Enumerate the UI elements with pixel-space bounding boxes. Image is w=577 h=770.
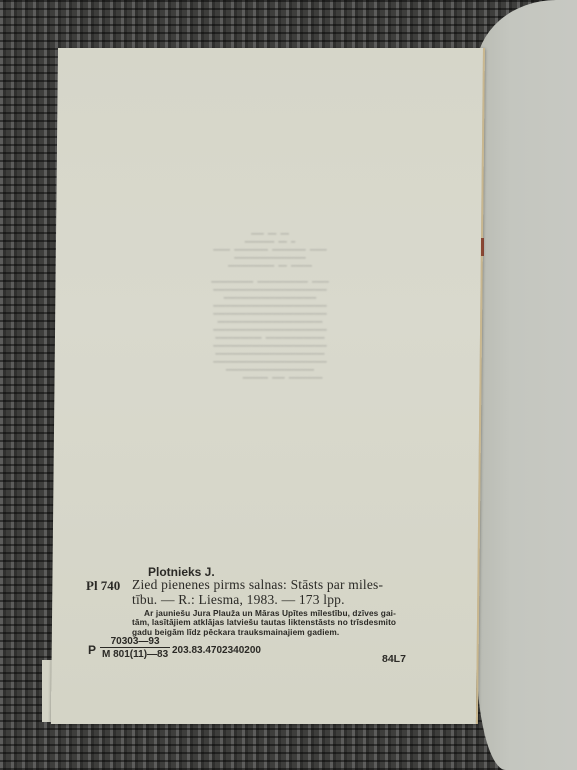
bbk-code: 84L7: [382, 653, 406, 665]
catalog-fraction: 70303—93 M 801(11)—83: [100, 636, 170, 660]
fraction-numerator: 70303—93: [107, 636, 164, 647]
bleed-through-text: ▬▬▬ ▬▬ ▬▬ ▬▬▬▬▬▬▬ ▬▬ ▬ ▬▬▬▬ ▬▬▬▬▬▬▬▬ ▬▬▬…: [170, 230, 370, 410]
fraction-prefix: P: [88, 643, 96, 657]
annotation: Ar jauniešu Jura Plauža un Māras Upītes …: [132, 609, 432, 637]
spine-mark: [481, 238, 484, 256]
facing-page: [476, 0, 577, 770]
fraction-denominator: M 801(11)—83: [100, 647, 170, 660]
index-number: 203.83.4702340200: [172, 645, 261, 656]
title-line-2: tību. — R.: Liesma, 1983. — 173 lpp.: [132, 592, 345, 608]
annotation-line: gadu beigām līdz pēckara trauksmainajiem…: [132, 628, 432, 637]
title-line-1: Zied pienenes pirms salnas: Stāsts par m…: [132, 577, 383, 593]
shelf-code: Pl 740: [86, 578, 120, 594]
